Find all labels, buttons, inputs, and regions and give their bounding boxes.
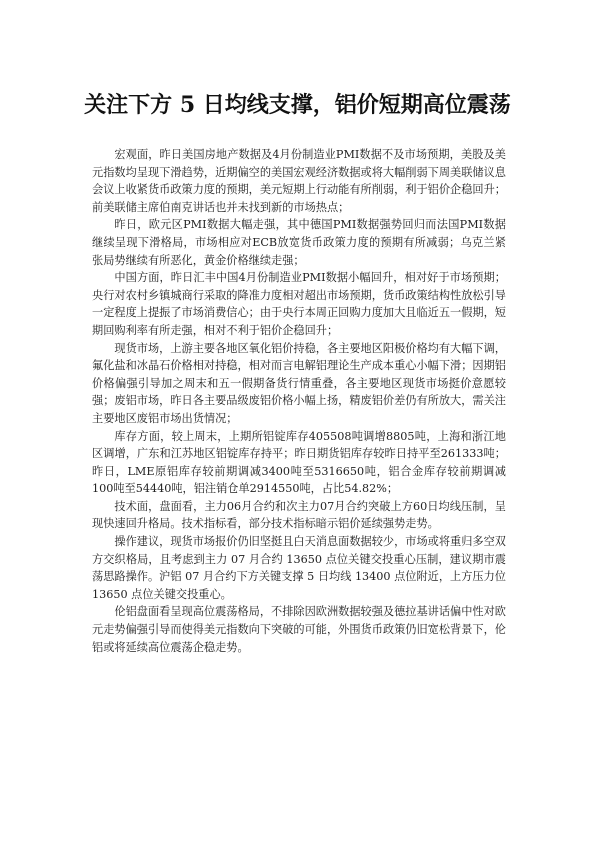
paragraph-operation-advice: 操作建议，现货市场报价仍旧坚挺且白天消息面数据较少，市场或将重归多空双方交织格局… [92,533,506,603]
paragraph-china: 中国方面，昨日汇丰中国4月份制造业PMI数据小幅回升，相对好于市场预期；央行对农… [92,269,506,339]
document-title: 关注下方 5 日均线支撑，铝价短期高位震荡 [60,90,535,120]
paragraph-technical: 技术面，盘面看，主力06月合约和次主力07月合约突破上方60日均线压制，呈现快速… [92,498,506,533]
document-body: 宏观面，昨日美国房地产数据及4月份制造业PMI数据不及市场预期，美股及美元指数均… [92,146,506,656]
paragraph-spot-market: 现货市场，上游主要各地区氧化铝价持稳，各主要地区阳极价格均有大幅下调，氟化盐和冰… [92,340,506,428]
document-page: 关注下方 5 日均线支撑，铝价短期高位震荡 宏观面，昨日美国房地产数据及4月份制… [0,0,595,842]
paragraph-macro-us: 宏观面，昨日美国房地产数据及4月份制造业PMI数据不及市场预期，美股及美元指数均… [92,146,506,216]
paragraph-lme: 伦铝盘面看呈现高位震荡格局，不排除因欧洲数据较强及德拉基讲话偏中性对欧元走势偏强… [92,603,506,656]
paragraph-inventory: 库存方面，较上周末，上期所铝锭库存405508吨调增8805吨，上海和浙江地区调… [92,428,506,498]
paragraph-eurozone: 昨日，欧元区PMI数据大幅走强，其中德国PMI数据强势回归而法国PMI数据继续呈… [92,216,506,269]
